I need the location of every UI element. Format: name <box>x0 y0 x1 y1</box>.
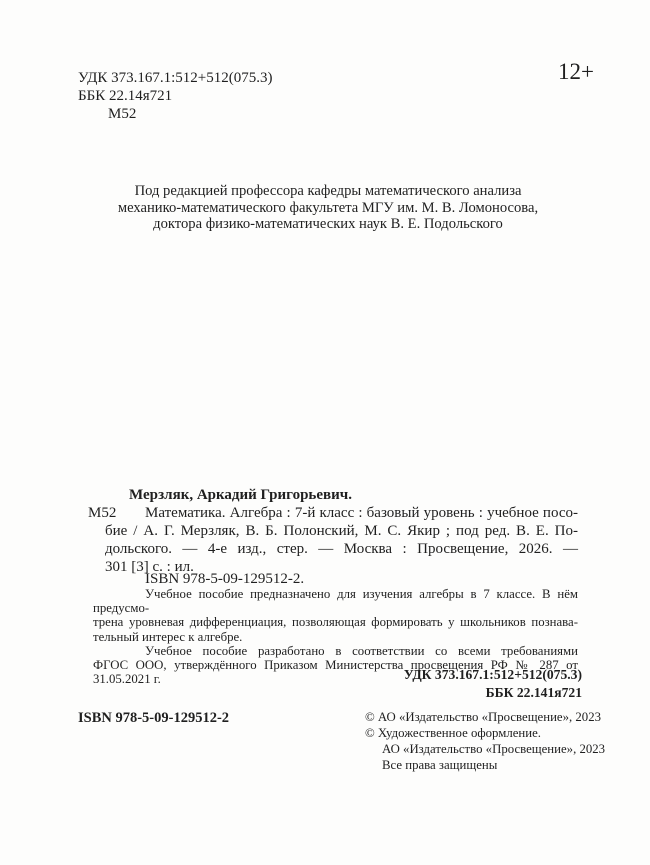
author-sign-top: М52 <box>78 105 272 123</box>
age-rating-badge: 12+ <box>558 59 594 85</box>
classification-codes-bottom: УДК 373.167.1:512+512(075.3) ББК 22.141я… <box>78 666 582 701</box>
annotation-line: тельный интерес к алгебре. <box>93 630 578 644</box>
editorial-note: Под редакцией профессора кафедры математ… <box>78 183 578 233</box>
footer-isbn: ISBN 978-5-09-129512-2 <box>78 710 229 727</box>
editorial-note-line: доктора физико-математических наук В. Е.… <box>78 216 578 233</box>
annotation-line: Учебное пособие разработано в соответств… <box>93 644 578 658</box>
annotation-line: Учебное пособие предназначено для изучен… <box>93 587 578 615</box>
udk-bottom-line: УДК 373.167.1:512+512(075.3) <box>78 666 582 684</box>
copyright-line: © АО «Издательство «Просвещение», 2023 <box>365 709 605 725</box>
bbk-bottom-line: ББК 22.141я721 <box>78 684 582 702</box>
udk-top-line: УДК 373.167.1:512+512(075.3) <box>78 69 272 87</box>
copyright-line: Все права защищены <box>365 757 605 773</box>
annotation-line: трена уровневая дифференциация, позволяю… <box>93 615 578 629</box>
author-heading: Мерзляк, Аркадий Григорьевич. <box>105 486 578 504</box>
description-line: бие / А. Г. Мерзляк, В. Б. Полонский, М.… <box>105 522 578 540</box>
description-line: Математика. Алгебра : 7-й класс : базовы… <box>105 504 578 522</box>
copyright-block: © АО «Издательство «Просвещение», 2023 ©… <box>365 709 605 773</box>
isbn-card-line: ISBN 978-5-09-129512-2. <box>145 570 304 588</box>
copyright-line: © Художественное оформление. <box>365 725 605 741</box>
editorial-note-line: Под редакцией профессора кафедры математ… <box>78 183 578 200</box>
editorial-note-line: механико-математического факультета МГУ … <box>78 200 578 217</box>
classification-codes-top: УДК 373.167.1:512+512(075.3) ББК 22.14я7… <box>78 69 272 123</box>
bbk-top-line: ББК 22.14я721 <box>78 87 272 105</box>
copyright-line: АО «Издательство «Просвещение», 2023 <box>365 741 605 757</box>
catalog-card: Мерзляк, Аркадий Григорьевич. Математика… <box>105 486 578 576</box>
imprint-page: УДК 373.167.1:512+512(075.3) ББК 22.14я7… <box>0 0 650 865</box>
description-line: дольского. — 4-е изд., стер. — Москва : … <box>105 540 578 558</box>
